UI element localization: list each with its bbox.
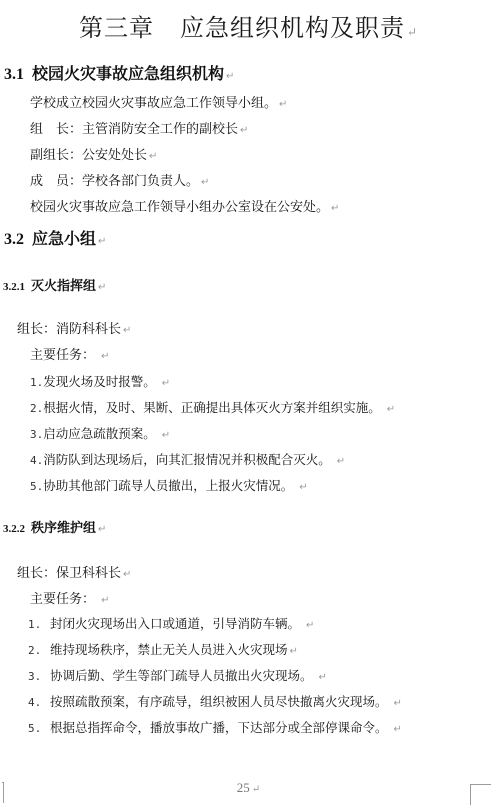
subsection-heading-3-2-1: 3.2.1灭火指挥组↵ <box>3 275 106 294</box>
chapter-title-text: 应急组织机构及职责 <box>180 14 405 42</box>
paragraph-mark-icon: ↵ <box>98 236 106 247</box>
task-text: 按照疏散预案，有序疏导，组织被困人员尽快撤离火灾现场。 <box>50 694 388 709</box>
task-item: 5.根据总指挥命令，播放事故广播，下达部分或全部停课命令。 ↵ <box>28 718 402 736</box>
section-title: 校园火灾事故应急组织机构 <box>32 64 224 83</box>
task-item: 3.启动应急疏散预案。 ↵ <box>30 424 170 442</box>
paragraph-mark-icon: ↵ <box>101 351 109 362</box>
page-number-text: 25 <box>237 780 250 795</box>
paragraph-mark-icon: ↵ <box>226 71 234 82</box>
chapter-number: 第三章 <box>79 14 154 42</box>
paragraph: 学校成立校园火灾事故应急工作领导小组。↵ <box>30 92 287 111</box>
paragraph-mark-icon: ↵ <box>407 25 418 39</box>
paragraph-text: 成 员：学校各部门负责人。 <box>30 174 199 189</box>
tasks-label-text: 主要任务： <box>30 592 95 607</box>
task-text: 启动应急疏散预案。 <box>43 426 156 441</box>
tasks-label: 主要任务： ↵ <box>30 344 110 363</box>
paragraph: 成 员：学校各部门负责人。↵ <box>30 170 209 189</box>
task-text: 协助其他部门疏导人员撤出，上报火灾情况。 <box>43 478 293 493</box>
paragraph: 副组长：公安处处长↵ <box>30 144 157 163</box>
subsection-heading-3-2-2: 3.2.2秩序维护组↵ <box>3 517 106 536</box>
paragraph-mark-icon: ↵ <box>240 125 248 136</box>
margin-corner-mark-right <box>470 784 491 805</box>
section-title: 应急小组 <box>32 229 96 248</box>
paragraph-mark-icon: ↵ <box>98 524 106 535</box>
task-text: 维持现场秩序，禁止无关人员进入火灾现场 <box>50 642 288 657</box>
task-number: 1. <box>30 376 43 389</box>
paragraph-mark-icon: ↵ <box>101 595 109 606</box>
paragraph-mark-icon: ↵ <box>394 724 402 735</box>
page-number: 25↵ <box>0 780 497 796</box>
paragraph-text: 校园火灾事故应急工作领导小组办公室设在公安处。 <box>30 200 329 215</box>
paragraph-mark-icon: ↵ <box>123 325 131 336</box>
section-number: 3.1 <box>4 66 24 83</box>
tasks-label: 主要任务： ↵ <box>30 588 110 607</box>
paragraph-text: 学校成立校园火灾事故应急工作领导小组。 <box>30 96 277 111</box>
group-leader-text: 组长：保卫科科长 <box>17 566 121 581</box>
paragraph: 组 长：主管消防安全工作的副校长↵ <box>30 118 248 137</box>
task-item: 1.发现火场及时报警。 ↵ <box>30 372 170 390</box>
paragraph-mark-icon: ↵ <box>319 672 327 683</box>
task-number: 2. <box>28 644 50 657</box>
subsection-number: 3.2.1 <box>3 281 25 293</box>
task-item: 4.消防队到达现场后，向其汇报情况并积极配合灭火。 ↵ <box>30 450 345 468</box>
paragraph-mark-icon: ↵ <box>162 430 170 441</box>
task-number: 2. <box>30 402 43 415</box>
task-number: 4. <box>28 696 50 709</box>
task-number: 3. <box>30 428 43 441</box>
group-leader-text: 组长：消防科科长 <box>17 322 121 337</box>
paragraph-mark-icon: ↵ <box>299 482 307 493</box>
paragraph-mark-icon: ↵ <box>162 378 170 389</box>
tasks-label-text: 主要任务： <box>30 348 95 363</box>
task-text: 消防队到达现场后，向其汇报情况并积极配合灭火。 <box>43 452 331 467</box>
section-number: 3.2 <box>4 231 24 248</box>
paragraph-mark-icon: ↵ <box>98 282 106 293</box>
task-number: 4. <box>30 454 43 467</box>
paragraph-text: 副组长：公安处处长 <box>30 148 147 163</box>
paragraph-mark-icon: ↵ <box>123 569 131 580</box>
task-text: 封闭火灾现场出入口或通道，引导消防车辆。 <box>50 616 300 631</box>
subsection-title: 灭火指挥组 <box>31 279 96 294</box>
task-item: 2.根据火情，及时、果断、正确提出具体灭火方案并组织实施。 ↵ <box>30 398 395 416</box>
task-number: 1. <box>28 618 50 631</box>
task-item: 1.封闭火灾现场出入口或通道，引导消防车辆。 ↵ <box>28 614 314 632</box>
task-number: 5. <box>30 480 43 493</box>
task-number: 5. <box>28 722 50 735</box>
paragraph-mark-icon: ↵ <box>394 698 402 709</box>
task-item: 4.按照疏散预案，有序疏导，组织被困人员尽快撤离火灾现场。 ↵ <box>28 692 402 710</box>
margin-corner-mark-left-tick <box>2 782 4 783</box>
paragraph-mark-icon: ↵ <box>337 456 345 467</box>
task-text: 发现火场及时报警。 <box>43 374 156 389</box>
section-heading-3-1: 3.1校园火灾事故应急组织机构↵ <box>4 61 234 84</box>
task-item: 5.协助其他部门疏导人员撤出，上报火灾情况。 ↵ <box>30 476 308 494</box>
subsection-title: 秩序维护组 <box>31 521 96 536</box>
task-text: 协调后勤、学生等部门疏导人员撤出火灾现场。 <box>50 668 313 683</box>
paragraph-mark-icon: ↵ <box>387 404 395 415</box>
task-item: 3.协调后勤、学生等部门疏导人员撤出火灾现场。 ↵ <box>28 666 327 684</box>
task-text: 根据火情，及时、果断、正确提出具体灭火方案并组织实施。 <box>43 400 381 415</box>
paragraph-mark-icon: ↵ <box>149 151 157 162</box>
paragraph-mark-icon: ↵ <box>279 99 287 110</box>
paragraph-text: 组 长：主管消防安全工作的副校长 <box>30 122 238 137</box>
task-item: 2.维持现场秩序，禁止无关人员进入火灾现场↵ <box>28 640 298 658</box>
chapter-title: 第三章应急组织机构及职责↵ <box>0 8 497 43</box>
paragraph-mark-icon: ↵ <box>201 177 209 188</box>
paragraph: 校园火灾事故应急工作领导小组办公室设在公安处。↵ <box>30 196 339 215</box>
margin-corner-mark-left <box>3 783 4 803</box>
subsection-number: 3.2.2 <box>3 523 25 535</box>
paragraph-mark-icon: ↵ <box>290 646 298 657</box>
paragraph-mark-icon: ↵ <box>331 203 339 214</box>
group-leader: 组长：保卫科科长↵ <box>17 562 131 581</box>
section-heading-3-2: 3.2应急小组↵ <box>4 226 106 249</box>
task-number: 3. <box>28 670 50 683</box>
task-text: 根据总指挥命令，播放事故广播，下达部分或全部停课命令。 <box>50 720 388 735</box>
group-leader: 组长：消防科科长↵ <box>17 318 131 337</box>
paragraph-mark-icon: ↵ <box>306 620 314 631</box>
paragraph-mark-icon: ↵ <box>252 784 260 795</box>
